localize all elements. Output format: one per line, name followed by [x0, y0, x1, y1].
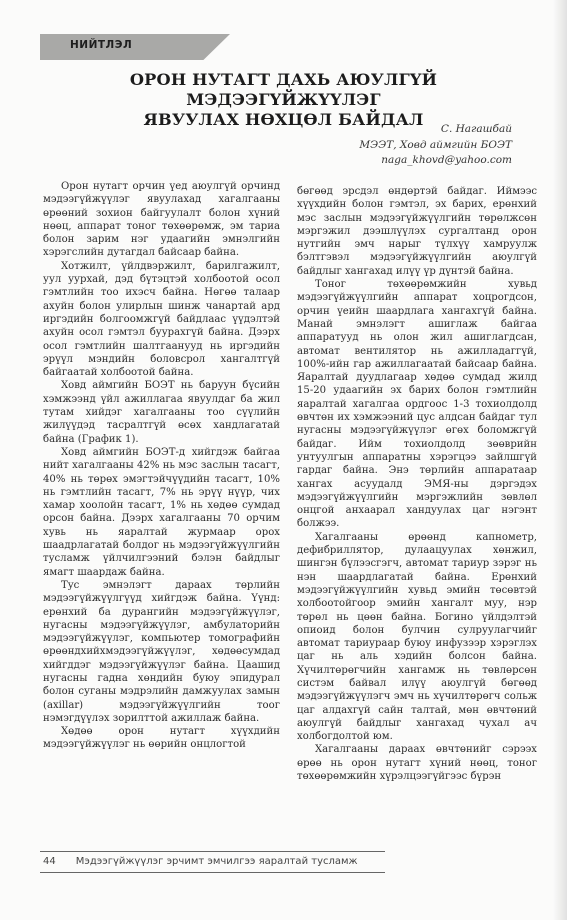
- footer-rule-top: [40, 851, 385, 852]
- left-column: Орон нутагт орчин үед аюулгүй орчинд мэд…: [43, 180, 280, 752]
- paragraph: бөгөөд эрсдэл өндөртэй байдаг. Иймээс хү…: [297, 185, 537, 278]
- paragraph: Хагалгааны дараах өвчтөнийг сэрээх өрөө …: [297, 743, 537, 783]
- journal-title: Мэдээгүйжүүлэг эрчимт эмчилгээ яаралтай …: [76, 856, 358, 867]
- section-banner: [40, 34, 230, 60]
- section-label: НИЙТЛЭЛ: [70, 39, 132, 51]
- right-column: бөгөөд эрсдэл өндөртэй байдаг. Иймээс хү…: [297, 185, 537, 783]
- author-affiliation: МЭЭТ, Ховд аймгийн БОЭТ: [359, 138, 512, 154]
- paragraph: Орон нутагт орчин үед аюулгүй орчинд мэд…: [43, 180, 280, 260]
- author-block: С. Нагашбай МЭЭТ, Ховд аймгийн БОЭТ naga…: [359, 122, 512, 169]
- article-title: ОРОН НУТАГТ ДАХЬ АЮУЛГҮЙ МЭДЭЭГҮЙЖҮҮЛЭГ …: [30, 70, 537, 130]
- paragraph: Хөдөө орон нутагт хүүхдийн мэдээгүйжүүлэ…: [43, 725, 280, 752]
- paragraph: Ховд аймгийн БОЭТ-д хийгдэж байгаа нийт …: [43, 446, 280, 579]
- paragraph: Хагалгааны өрөөнд капнометр, дефибриллят…: [297, 531, 537, 744]
- paragraph: Хотжилт, үйлдвэржилт, барилгажилт, уул у…: [43, 260, 280, 380]
- title-line-1: ОРОН НУТАГТ ДАХЬ АЮУЛГҮЙ МЭДЭЭГҮЙЖҮҮЛЭГ: [30, 70, 537, 110]
- author-email: naga_khovd@yahoo.com: [359, 153, 512, 169]
- page-footer: 44 Мэдээгүйжүүлэг эрчимт эмчилгээ яаралт…: [43, 856, 383, 867]
- page-number: 44: [43, 856, 56, 867]
- author-name: С. Нагашбай: [359, 122, 512, 138]
- paragraph: Ховд аймгийн БОЭТ нь баруун бүсийн хэмжэ…: [43, 379, 280, 445]
- paragraph: Тус эмнэлэгт дараах төрлийн мэдээгүйжүүл…: [43, 579, 280, 725]
- page-edge-shadow: [553, 0, 567, 920]
- footer-rule-bottom: [40, 872, 385, 873]
- paragraph: Тоног төхөөрөмжийн хувьд мэдээгүйжүүлгий…: [297, 278, 537, 531]
